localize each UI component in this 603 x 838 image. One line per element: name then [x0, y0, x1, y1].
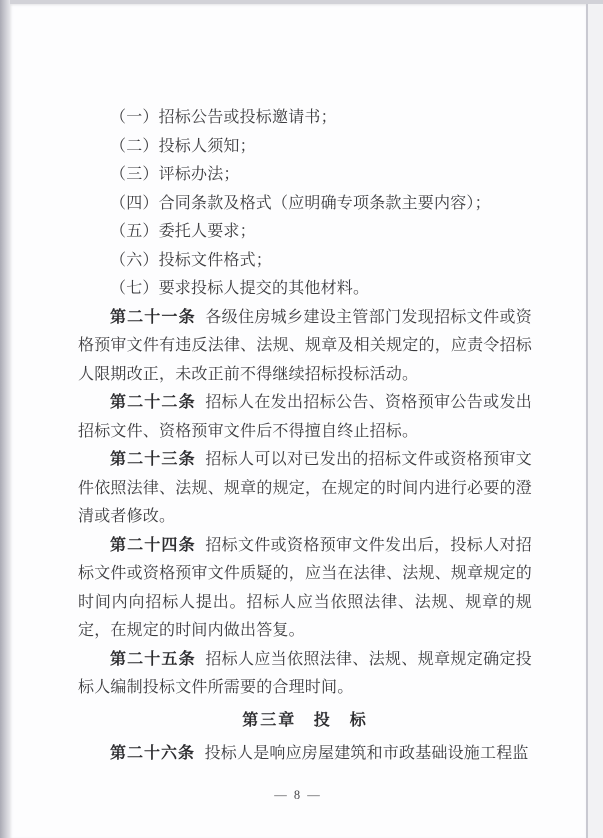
- list-item: （二）投标人须知；: [78, 133, 532, 162]
- chapter-heading: 第三章投 标: [78, 707, 532, 736]
- chapter-title: 投 标: [314, 712, 368, 729]
- article-paragraph: 第二十二条招标人在发出招标公告、资格预审公告或发出招标文件、资格预审文件后不得擅…: [78, 389, 532, 446]
- list-item: （四）合同条款及格式（应明确专项条款主要内容）；: [78, 190, 532, 219]
- article-text: 投标人是响应房屋建筑和市政基础设施工程监: [205, 745, 529, 762]
- document-content: （一）招标公告或投标邀请书； （二）投标人须知； （三）评标办法； （四）合同条…: [78, 104, 532, 769]
- chapter-number: 第三章: [242, 712, 296, 729]
- article-number: 第二十一条: [110, 309, 196, 326]
- article-number: 第二十六条: [110, 745, 195, 762]
- list-item: （七）要求投标人提交的其他材料。: [78, 275, 532, 304]
- page-number: — 8 —: [10, 788, 586, 803]
- scan-edge-left: [0, 0, 10, 838]
- document-page: （一）招标公告或投标邀请书； （二）投标人须知； （三）评标办法； （四）合同条…: [10, 4, 588, 838]
- article-number: 第二十五条: [110, 651, 196, 668]
- article-number: 第二十二条: [110, 394, 196, 411]
- list-item: （五）委托人要求；: [78, 218, 532, 247]
- article-paragraph: 第二十四条招标文件或资格预审文件发出后，投标人对招标文件或资格预审文件质疑的，应…: [78, 532, 532, 646]
- list-item: （六）投标文件格式；: [78, 247, 532, 276]
- list-item: （一）招标公告或投标邀请书；: [78, 104, 532, 133]
- article-paragraph: 第二十一条各级住房城乡建设主管部门发现招标文件或资格预审文件有违反法律、法规、规…: [78, 304, 532, 390]
- article-paragraph: 第二十五条招标人应当依照法律、法规、规章规定确定投标人编制投标文件所需要的合理时…: [78, 646, 532, 703]
- article-paragraph: 第二十六条投标人是响应房屋建筑和市政基础设施工程监: [78, 740, 532, 769]
- article-number: 第二十三条: [110, 451, 196, 468]
- list-item: （三）评标办法；: [78, 161, 532, 190]
- article-number: 第二十四条: [110, 537, 196, 554]
- article-paragraph: 第二十三条招标人可以对已发出的招标文件或资格预审文件依照法律、法规、规章的规定，…: [78, 446, 532, 532]
